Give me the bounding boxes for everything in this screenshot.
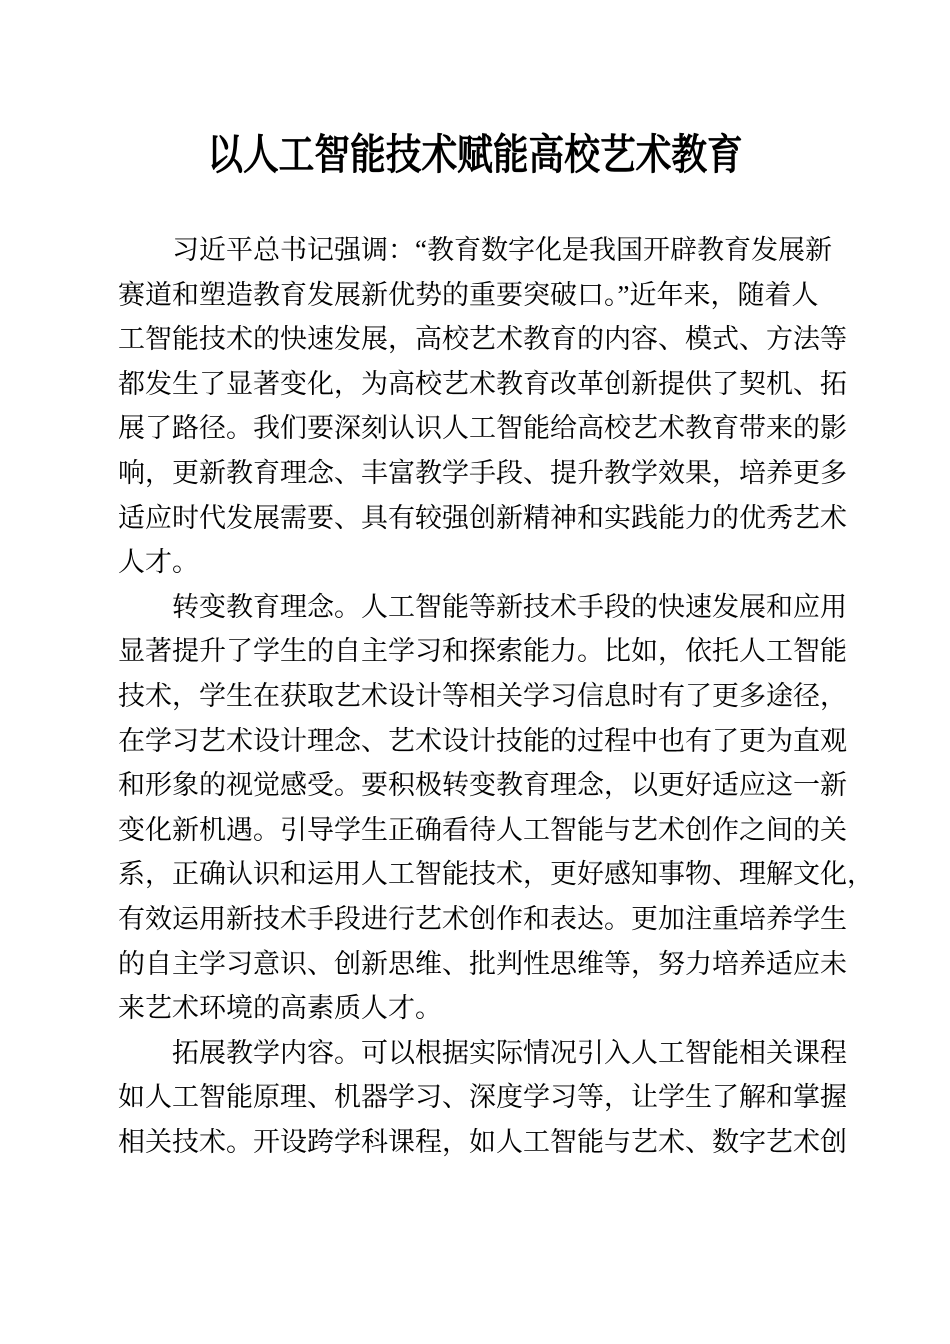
text-line: 显著提升了学生的自主学习和探索能力。比如，依托人工智能: [118, 629, 817, 674]
text-line: 展了路径。我们要深刻认识人工智能给高校艺术教育带来的影: [118, 406, 817, 451]
text-line: 响，更新教育理念、丰富教学手段、提升教学效果，培养更多: [118, 451, 817, 496]
text-line: 如人工智能原理、机器学习、深度学习等，让学生了解和掌握: [118, 1075, 817, 1120]
paragraph: 拓展教学内容。可以根据实际情况引入人工智能相关课程如人工智能原理、机器学习、深度…: [118, 1031, 817, 1165]
document-body: 习近平总书记强调：“教育数字化是我国开辟教育发展新赛道和塑造教育发展新优势的重要…: [0, 228, 950, 1164]
text-line: 转变教育理念。人工智能等新技术手段的快速发展和应用: [118, 585, 817, 630]
text-line: 的自主学习意识、创新思维、批判性思维等，努力培养适应未: [118, 942, 817, 987]
text-line: 相关技术。开设跨学科课程，如人工智能与艺术、数字艺术创: [118, 1120, 817, 1165]
document-page: 以人工智能技术赋能高校艺术教育 习近平总书记强调：“教育数字化是我国开辟教育发展…: [0, 0, 950, 1344]
text-line: 系，正确认识和运用人工智能技术，更好感知事物、理解文化，: [118, 852, 817, 897]
text-line: 赛道和塑造教育发展新优势的重要突破口。”近年来，随着人: [118, 273, 817, 318]
text-line: 和形象的视觉感受。要积极转变教育理念，以更好适应这一新: [118, 763, 817, 808]
text-line: 习近平总书记强调：“教育数字化是我国开辟教育发展新: [118, 228, 817, 273]
text-line: 有效运用新技术手段进行艺术创作和表达。更加注重培养学生: [118, 897, 817, 942]
text-line: 适应时代发展需要、具有较强创新精神和实践能力的优秀艺术: [118, 496, 817, 541]
document-title: 以人工智能技术赋能高校艺术教育: [0, 0, 950, 184]
text-line: 变化新机遇。引导学生正确看待人工智能与艺术创作之间的关: [118, 808, 817, 853]
text-line: 都发生了显著变化，为高校艺术教育改革创新提供了契机、拓: [118, 362, 817, 407]
paragraph: 习近平总书记强调：“教育数字化是我国开辟教育发展新赛道和塑造教育发展新优势的重要…: [118, 228, 817, 585]
text-line: 技术，学生在获取艺术设计等相关学习信息时有了更多途径，: [118, 674, 817, 719]
document-title-text: 以人工智能技术赋能高校艺术教育: [207, 128, 743, 184]
text-line: 拓展教学内容。可以根据实际情况引入人工智能相关课程: [118, 1031, 817, 1076]
paragraph: 转变教育理念。人工智能等新技术手段的快速发展和应用显著提升了学生的自主学习和探索…: [118, 585, 817, 1031]
text-line: 在学习艺术设计理念、艺术设计技能的过程中也有了更为直观: [118, 719, 817, 764]
text-line: 人才。: [118, 540, 817, 585]
text-line: 来艺术环境的高素质人才。: [118, 986, 817, 1031]
text-line: 工智能技术的快速发展，高校艺术教育的内容、模式、方法等: [118, 317, 817, 362]
